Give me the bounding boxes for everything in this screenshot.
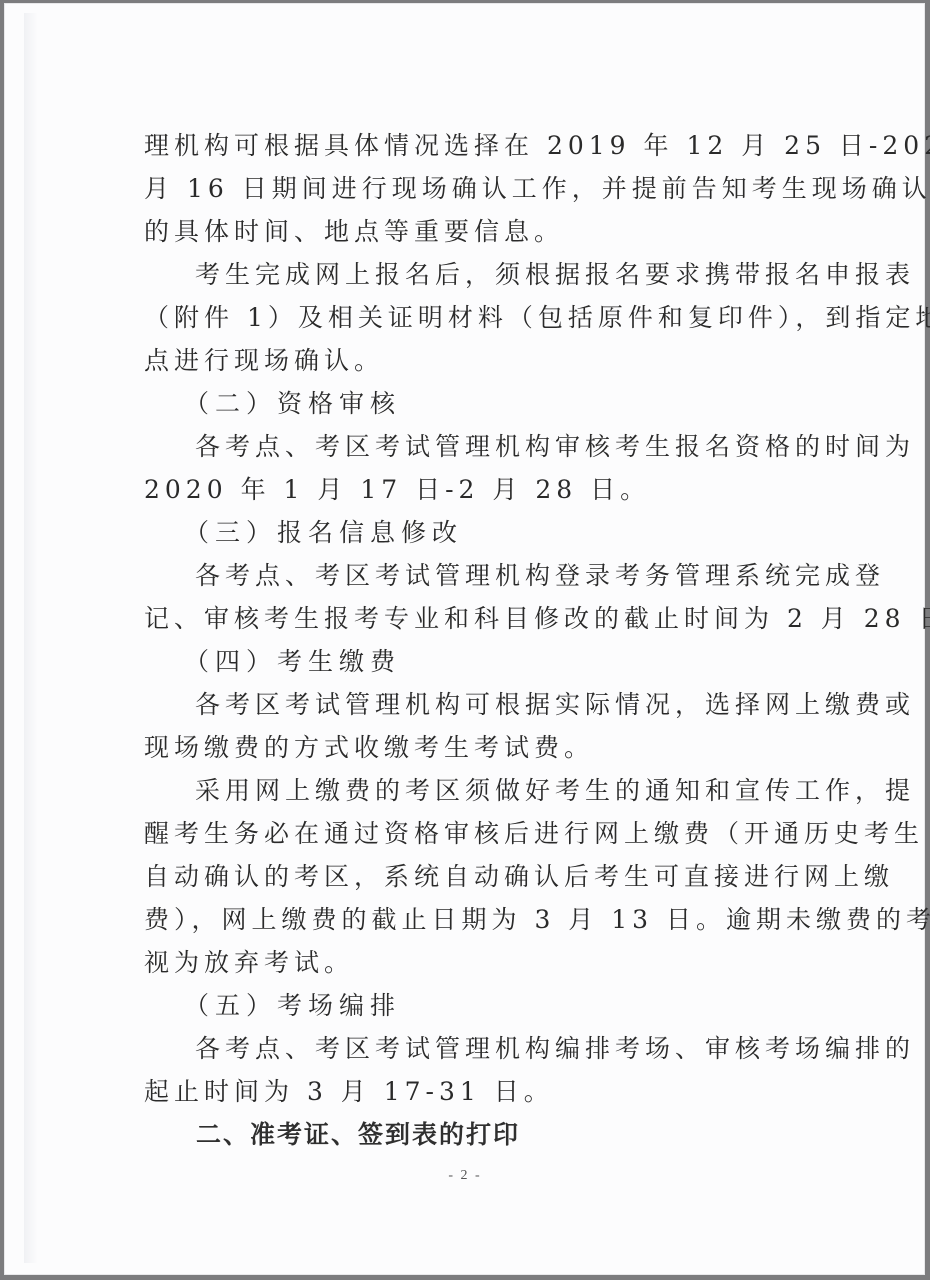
paragraph-line: （附件 1）及相关证明材料（包括原件和复印件），到指定地 (144, 296, 804, 339)
paragraph-line: 记、审核考生报考专业和科目修改的截止时间为 2 月 28 日。 (144, 597, 804, 640)
page-number: - 2 - (0, 1168, 930, 1184)
paragraph-line: 采用网上缴费的考区须做好考生的通知和宣传工作，提 (195, 769, 804, 812)
section-heading-info-modification: （三）报名信息修改 (184, 511, 463, 554)
paragraph-line: 视为放弃考试。 (144, 941, 804, 984)
paragraph-line: 理机构可根据具体情况选择在 2019 年 12 月 25 日-2020 年 1 (144, 124, 804, 167)
paragraph-line: 现场缴费的方式收缴考生考试费。 (144, 726, 804, 769)
section-heading-exam-room-arrangement: （五）考场编排 (184, 984, 401, 1027)
paragraph-line: 醒考生务必在通过资格审核后进行网上缴费（开通历史考生 (144, 812, 804, 855)
paragraph-line: 各考点、考区考试管理机构登录考务管理系统完成登 (195, 554, 804, 597)
paragraph-line: 的具体时间、地点等重要信息。 (144, 210, 804, 253)
scan-shadow (24, 13, 38, 1263)
paragraph-line: 2020 年 1 月 17 日-2 月 28 日。 (144, 468, 804, 511)
paragraph-line: 各考区考试管理机构可根据实际情况，选择网上缴费或 (195, 683, 804, 726)
paragraph-line: 点进行现场确认。 (144, 339, 804, 382)
section-heading-qualification-review: （二）资格审核 (184, 382, 401, 425)
paragraph-line: 费），网上缴费的截止日期为 3 月 13 日。逾期未缴费的考生 (144, 898, 804, 941)
chapter-heading-admission-ticket-printing: 二、准考证、签到表的打印 (196, 1113, 520, 1156)
paragraph-line: 自动确认的考区，系统自动确认后考生可直接进行网上缴 (144, 855, 804, 898)
paragraph-line: 各考点、考区考试管理机构编排考场、审核考场编排的 (195, 1027, 804, 1070)
paragraph-line: 考生完成网上报名后，须根据报名要求携带报名申报表 (195, 253, 804, 296)
paragraph-line: 月 16 日期间进行现场确认工作，并提前告知考生现场确认 (144, 167, 804, 210)
paragraph-line: 起止时间为 3 月 17-31 日。 (144, 1070, 804, 1113)
section-heading-fee-payment: （四）考生缴费 (184, 640, 401, 683)
paragraph-line: 各考点、考区考试管理机构审核考生报名资格的时间为 (195, 425, 804, 468)
